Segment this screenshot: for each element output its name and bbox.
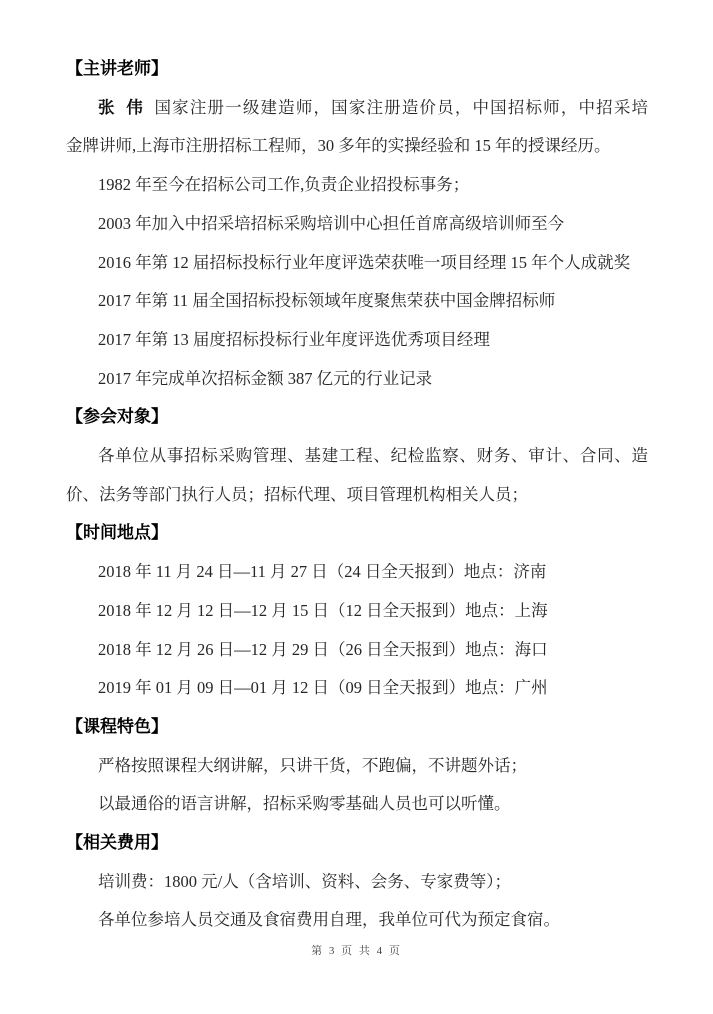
document-page: 【主讲老师】 张 伟 国家注册一级建造师，国家注册造价员，中国招标师，中招采培 … <box>0 0 713 1014</box>
section-heading-audience: 【参会对象】 <box>66 398 648 437</box>
schedule-item: 2018 年 11 月 24 日—11 月 27 日（24 日全天报到）地点：济… <box>66 553 648 592</box>
page-footer: 第 3 页 共 4 页 <box>0 943 713 959</box>
teacher-name: 张 伟 <box>98 98 144 117</box>
feature-line: 严格按照课程大纲讲解，只讲干货，不跑偏，不讲题外话； <box>66 747 648 786</box>
teacher-intro-rest: 国家注册一级建造师，国家注册造价员，中国招标师，中招采培 <box>144 98 648 117</box>
career-item: 2017 年第 13 届度招标投标行业年度评选优秀项目经理 <box>66 321 648 360</box>
schedule-item: 2018 年 12 月 12 日—12 月 15 日（12 日全天报到）地点：上… <box>66 592 648 631</box>
audience-line: 价、法务等部门执行人员；招标代理、项目管理机构相关人员； <box>66 476 648 515</box>
audience-line: 各单位从事招标采购管理、基建工程、纪检监察、财务、审计、合同、造 <box>66 437 648 476</box>
feature-line: 以最通俗的语言讲解，招标采购零基础人员也可以听懂。 <box>66 785 648 824</box>
teacher-intro-line-2: 金牌讲师,上海市注册招标工程师，30 多年的实操经验和 15 年的授课经历。 <box>66 127 648 166</box>
schedule-item: 2018 年 12 月 26 日—12 月 29 日（26 日全天报到）地点：海… <box>66 631 648 670</box>
career-item: 2017 年完成单次招标金额 387 亿元的行业记录 <box>66 360 648 399</box>
section-heading-fees: 【相关费用】 <box>66 824 648 863</box>
career-item: 2016 年第 12 届招标投标行业年度评选荣获唯一项目经理 15 年个人成就奖 <box>66 244 648 283</box>
section-heading-schedule: 【时间地点】 <box>66 514 648 553</box>
career-item: 2003 年加入中招采培招标采购培训中心担任首席高级培训师至今 <box>66 205 648 244</box>
career-item: 2017 年第 11 届全国招标投标领域年度聚焦荣获中国金牌招标师 <box>66 282 648 321</box>
document-content: 【主讲老师】 张 伟 国家注册一级建造师，国家注册造价员，中国招标师，中招采培 … <box>0 0 713 940</box>
teacher-intro-line-1: 张 伟 国家注册一级建造师，国家注册造价员，中国招标师，中招采培 <box>66 89 648 128</box>
fee-line: 各单位参培人员交通及食宿费用自理，我单位可代为预定食宿。 <box>66 901 648 940</box>
schedule-item: 2019 年 01 月 09 日—01 月 12 日（09 日全天报到）地点：广… <box>66 669 648 708</box>
section-heading-lecturer: 【主讲老师】 <box>66 50 648 89</box>
career-item: 1982 年至今在招标公司工作,负责企业招投标事务； <box>66 166 648 205</box>
section-heading-features: 【课程特色】 <box>66 708 648 747</box>
fee-line: 培训费：1800 元/人（含培训、资料、会务、专家费等）； <box>66 863 648 902</box>
